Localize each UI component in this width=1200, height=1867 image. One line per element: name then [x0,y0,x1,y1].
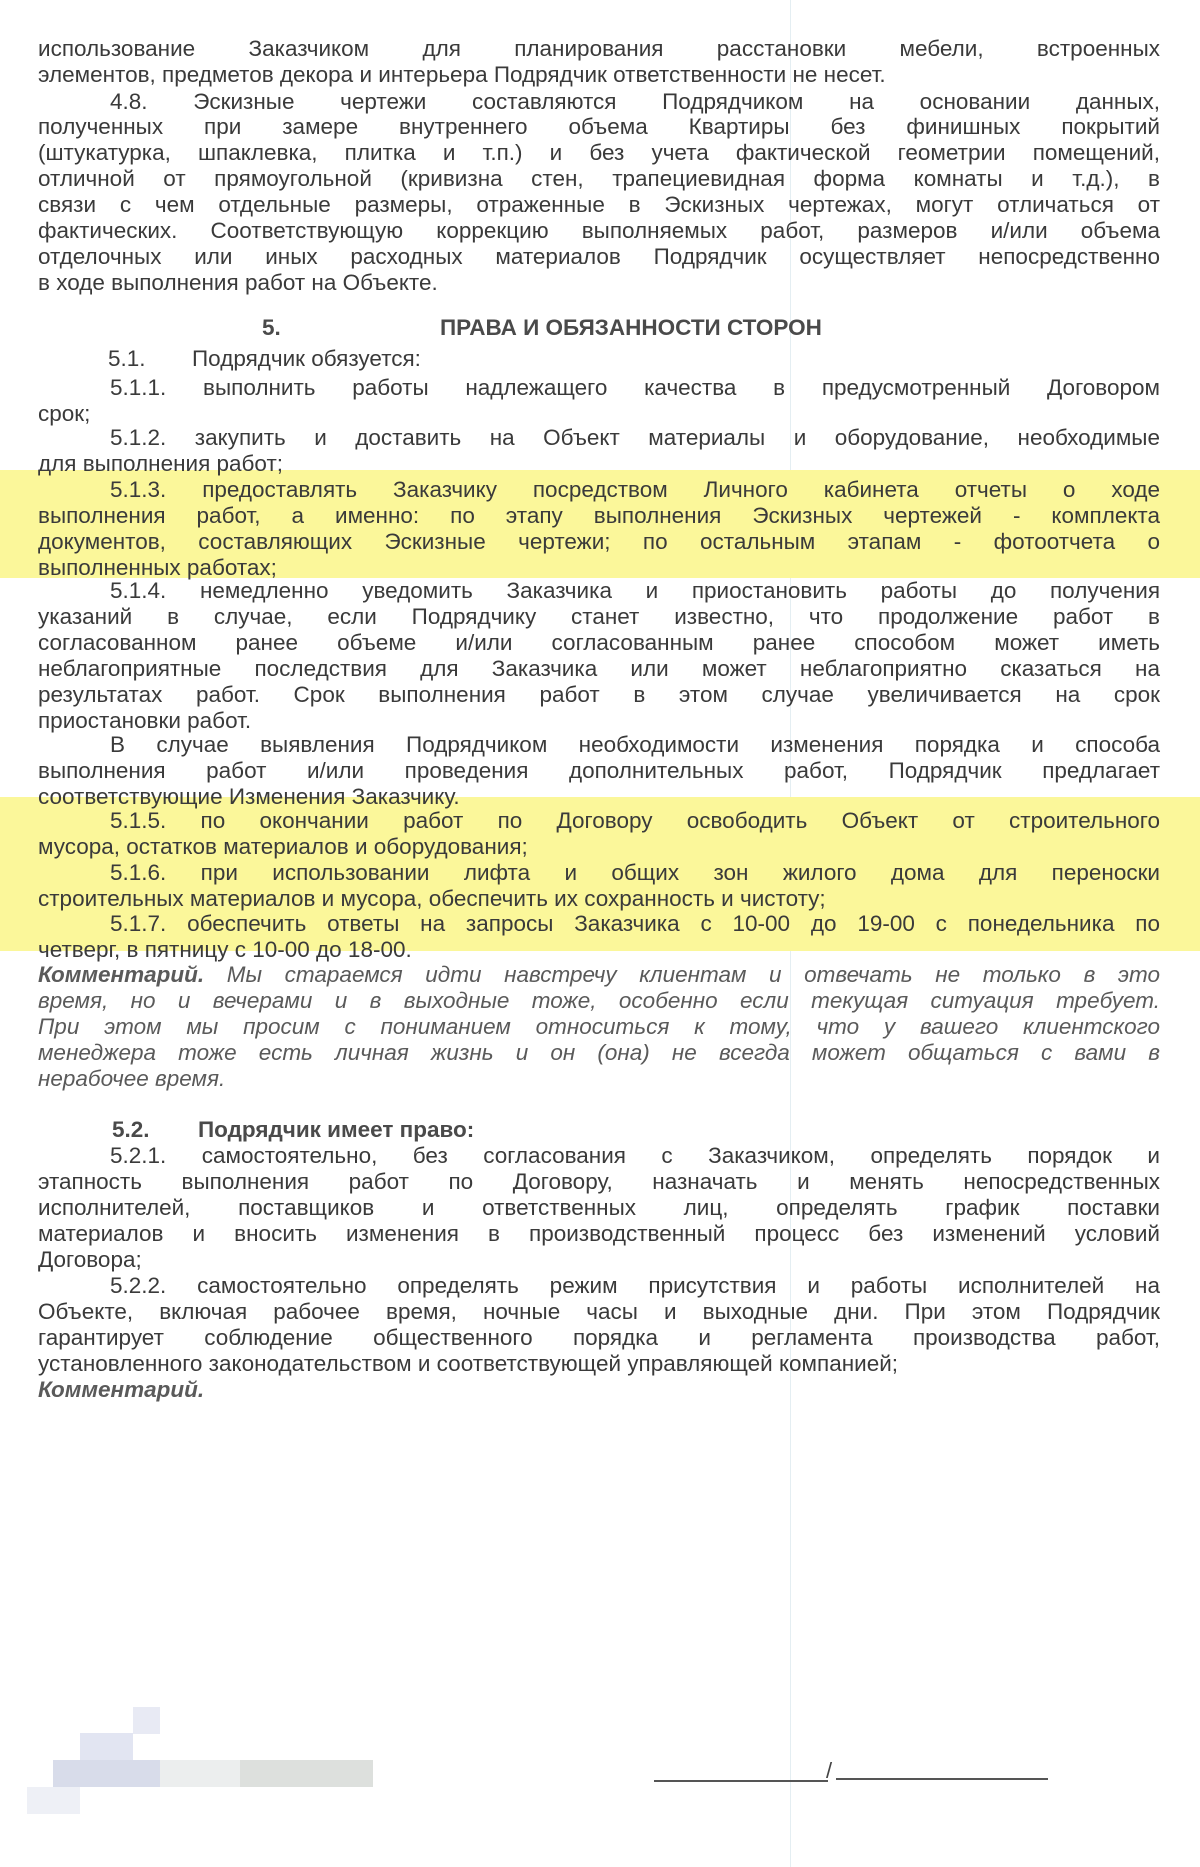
section-number: 5. [262,313,302,343]
comment-label: Комментарий. [38,962,204,987]
signature-line-left [654,1780,828,1782]
signature-line-right [836,1778,1048,1780]
signature-separator: / [826,1758,832,1784]
comment-2-label: Комментарий. [38,1375,1160,1405]
clause-number: 5.1. [108,344,188,374]
contract-page: использование Заказчиком для планировани… [0,0,1200,1867]
comment-line: нерабочее время. [38,1064,1160,1094]
clause-5-1: Подрядчик обязуется: [192,344,692,374]
section-title: ПРАВА И ОБЯЗАННОСТИ СТОРОН [440,313,940,343]
paragraph-line: в ходе выполнения работ на Объекте. [38,268,1160,298]
paragraph-line: элементов, предметов декора и интерьера … [38,60,1160,90]
comment-text: Мы стараемся идти навстречу клиентам и о… [204,962,1160,987]
